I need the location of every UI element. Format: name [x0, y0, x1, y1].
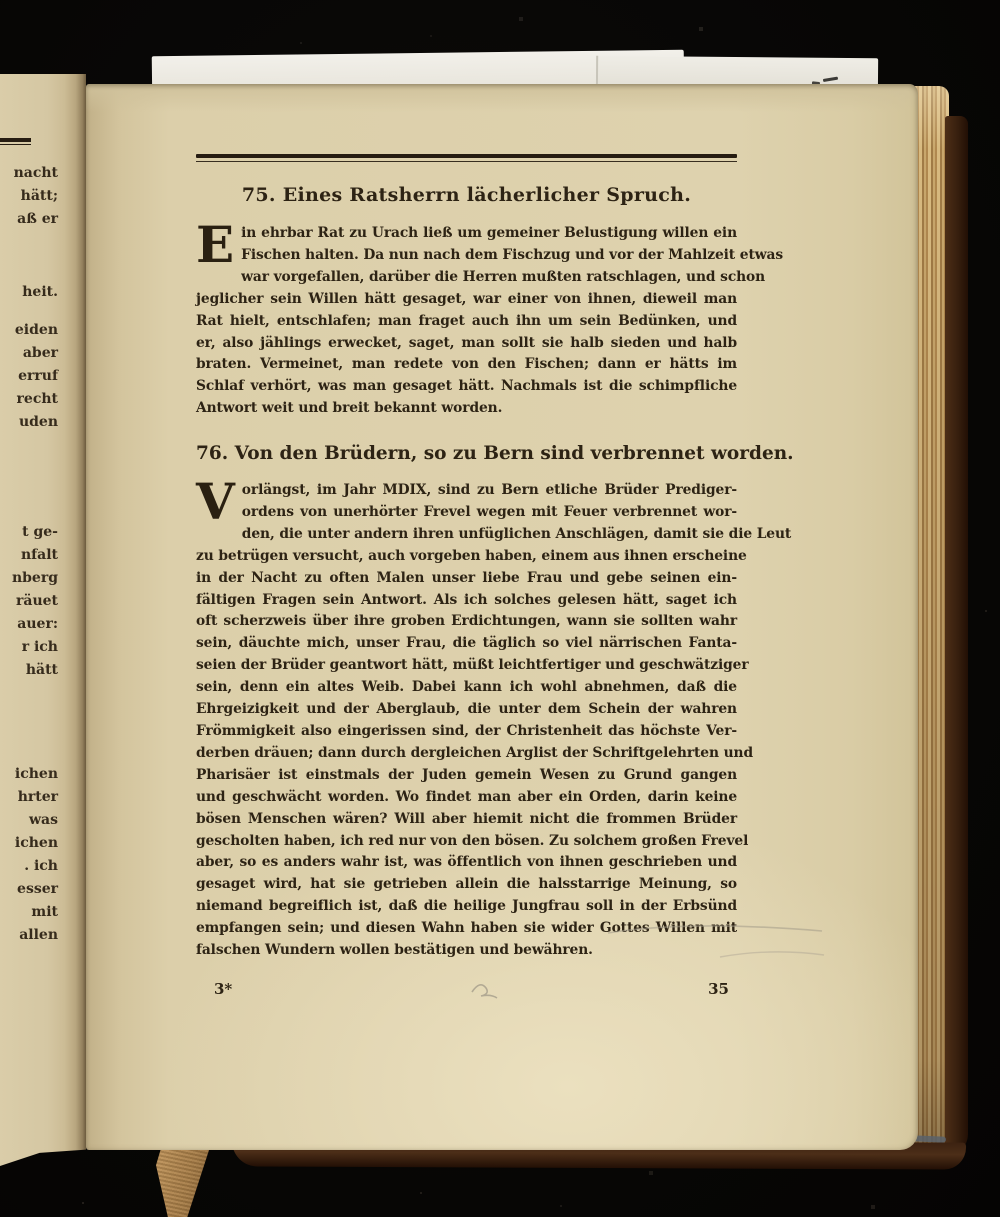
text-line: war vorgefallen, darüber die Herren mußt… — [196, 267, 737, 289]
text-line: aber, so es anders wahr ist, was öffentl… — [196, 852, 737, 874]
section-75-paragraph: E in ehrbar Rat zu Urach ließ um gemeine… — [196, 223, 737, 420]
text-line: niemand begreiflich ist, daß die heilige… — [196, 896, 737, 918]
text-fragment: hätt — [0, 659, 58, 682]
text-line: Antwort weit und breit bekannt worden. — [196, 398, 737, 420]
text-fragment: nberg — [0, 567, 58, 590]
text-fragment: r ich — [0, 636, 58, 659]
dust-speckles — [0, 0, 2, 2]
text-fragment: t ge- — [0, 521, 58, 544]
text-fragment: hätt; — [0, 185, 58, 208]
left-page-text-fragments: eidenabererrufrechtuden — [0, 319, 58, 434]
drop-cap-initial: V — [196, 483, 235, 525]
text-line: sein, denn ein altes Weib. Dabei kann ic… — [196, 677, 737, 699]
text-line: zu betrügen versucht, auch vorgeben habe… — [196, 546, 737, 568]
text-line: orlängst, im Jahr MDIX, sind zu Bern etl… — [196, 480, 737, 502]
text-line: seien der Brüder geantwort hätt, müßt le… — [196, 655, 737, 677]
text-fragment: aß er — [0, 208, 58, 231]
handwriting-mark — [823, 77, 838, 82]
text-fragment: nfalt — [0, 544, 58, 567]
text-line: derben dräuen; dann durch dergleichen Ar… — [196, 743, 737, 765]
text-fragment: esser — [0, 878, 58, 901]
left-page-text-fragments: t ge-nfaltnbergräuetauer:r ichhätt — [0, 521, 58, 682]
page-footer: 3* 35 — [196, 980, 737, 1004]
text-line: ordens von unerhörter Frevel wegen mit F… — [196, 502, 737, 524]
text-fragment: nacht — [0, 162, 58, 185]
text-line: empfangen sein; und diesen Wahn haben si… — [196, 918, 737, 940]
text-line: Pharisäer ist einstmals der Juden gemein… — [196, 765, 737, 787]
text-fragment: allen — [0, 924, 58, 947]
text-fragment: recht — [0, 388, 58, 411]
text-line: oft scherzweis über ihre groben Erdichtu… — [196, 611, 737, 633]
text-line: gesaget wird, hat sie getrieben allein d… — [196, 874, 737, 896]
left-page-text-fragments: nachthätt;aß er — [0, 162, 58, 231]
book-cover-right-edge — [945, 116, 968, 1154]
text-fragment: ichen — [0, 763, 58, 786]
text-line: jeglicher sein Willen hätt gesaget, war … — [196, 289, 737, 311]
text-fragment: . ich — [0, 855, 58, 878]
text-line: fältigen Fragen sein Antwort. Als ich so… — [196, 590, 737, 612]
section-75-heading: 75. Eines Ratsherrn lächerlicher Spruch. — [196, 184, 737, 206]
signature-mark: 3* — [214, 980, 232, 998]
header-rule-thin-line — [196, 161, 737, 162]
text-fragment: auer: — [0, 613, 58, 636]
text-line: falschen Wundern wollen bestätigen und b… — [196, 940, 737, 962]
book-page: 75. Eines Ratsherrn lächerlicher Spruch.… — [86, 84, 918, 1150]
text-line: braten. Vermeinet, man redete von den Fi… — [196, 354, 737, 376]
text-line: Ehrgeizigkeit und der Aberglaub, die unt… — [196, 699, 737, 721]
section-76-heading: 76. Von den Brüdern, so zu Bern sind ver… — [196, 443, 737, 464]
text-line: sein, däuchte mich, unser Frau, die tägl… — [196, 633, 737, 655]
text-fragment: heit. — [0, 281, 58, 304]
left-page-edge: nachthätt;aß er heit. eidenabererrufrech… — [0, 74, 86, 1166]
section-76-paragraph: V orlängst, im Jahr MDIX, sind zu Bern e… — [196, 480, 737, 962]
text-line: Frömmigkeit also eingerissen sind, der C… — [196, 721, 737, 743]
text-line: Fischen halten. Da nun nach dem Fischzug… — [196, 245, 737, 267]
text-line: er, also jählings erwecket, saget, man s… — [196, 333, 737, 355]
header-rule — [196, 154, 737, 162]
text-fragment: erruf — [0, 365, 58, 388]
page-fore-edge-stack — [915, 86, 949, 1144]
left-page-text-fragments: heit. — [0, 281, 58, 304]
text-line: und geschwächt worden. Wo findet man abe… — [196, 787, 737, 809]
page-number: 35 — [708, 980, 729, 998]
text-line: Schlaf verhört, was man gesaget hätt. Na… — [196, 376, 737, 398]
left-page-text-fragments: ichenhrterwasichen. ichessermitallen — [0, 763, 58, 947]
text-line: den, die unter andern ihren unfüglichen … — [196, 524, 737, 546]
photo-background: nachthätt;aß er heit. eidenabererrufrech… — [0, 0, 1000, 1217]
text-fragment: hrter — [0, 786, 58, 809]
text-line: in ehrbar Rat zu Urach ließ um gemeiner … — [196, 223, 737, 245]
text-fragment: eiden — [0, 319, 58, 342]
header-rule-thick-line — [196, 154, 737, 158]
page-content: 75. Eines Ratsherrn lächerlicher Spruch.… — [196, 84, 737, 1150]
text-fragment: aber — [0, 342, 58, 365]
text-fragment: räuet — [0, 590, 58, 613]
drop-cap-initial: E — [196, 226, 234, 268]
left-page-header-rule — [0, 138, 31, 142]
text-line: gescholten haben, ich red nur von den bö… — [196, 831, 737, 853]
text-fragment: ichen — [0, 832, 58, 855]
text-fragment: was — [0, 809, 58, 832]
text-fragment: uden — [0, 411, 58, 434]
text-line: Rat hielt, entschlafen; man fraget auch … — [196, 311, 737, 333]
bookmark-ribbon — [156, 1147, 210, 1217]
text-line: in der Nacht zu often Malen unser liebe … — [196, 568, 737, 590]
text-fragment: mit — [0, 901, 58, 924]
text-line: bösen Menschen wären? Will aber hiemit n… — [196, 809, 737, 831]
